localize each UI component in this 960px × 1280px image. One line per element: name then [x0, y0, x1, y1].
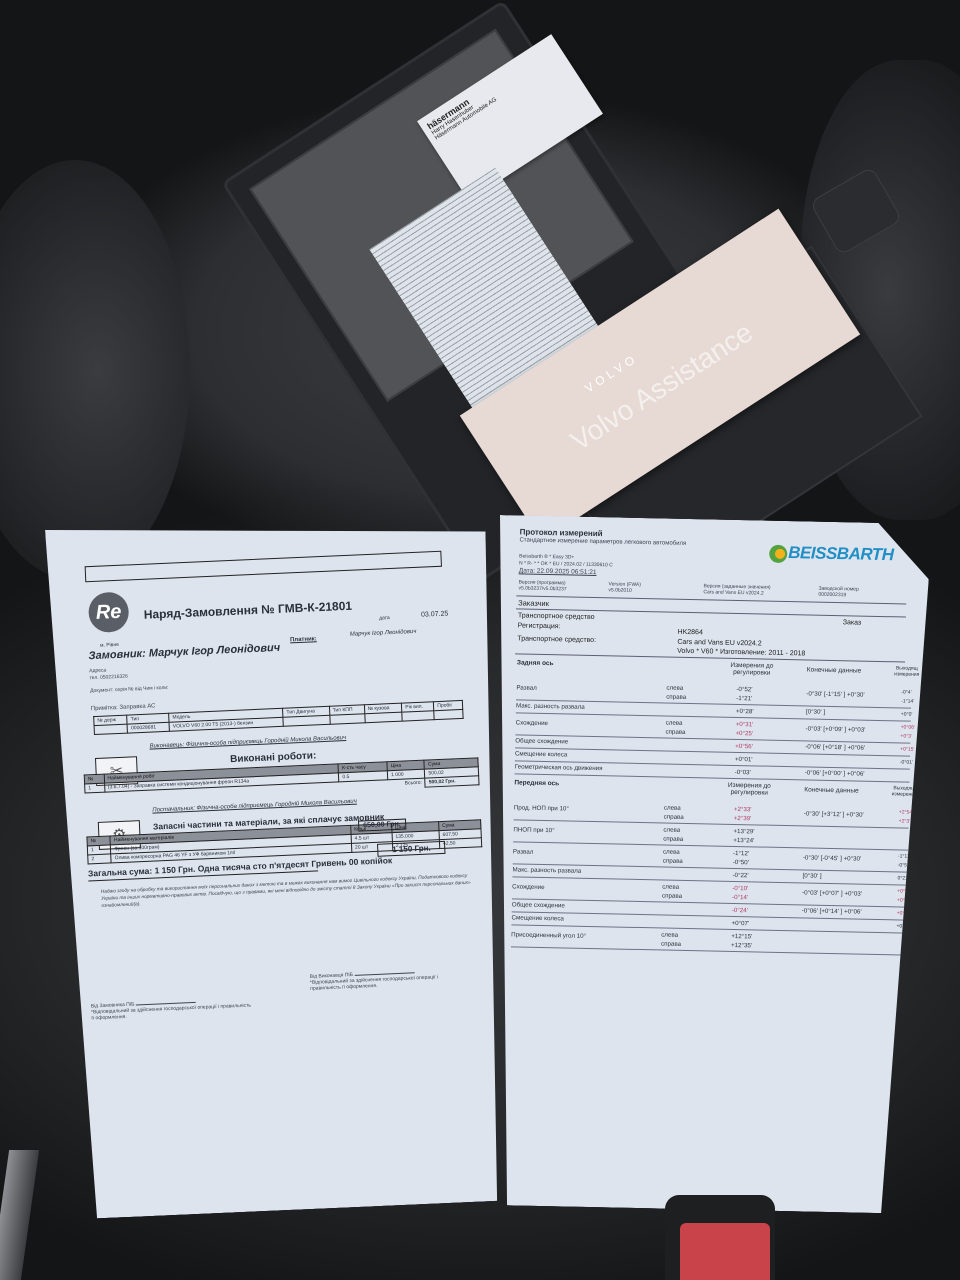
work-order-date: 03.07.25 [421, 610, 449, 618]
measurement-out: +0°06' +0°3' [900, 723, 915, 741]
measurement-final: -0°06' [+0°00' ] +0°06' [805, 769, 865, 777]
address-label: Адреса [89, 667, 106, 674]
works-table: №Найменування робітК-сть часуЦінаСума 1(… [84, 757, 480, 802]
performer-signature: Від Виконавця ПІБ *Відповідальний за зді… [310, 968, 441, 992]
measurement-name: Смещение колеса [515, 750, 567, 758]
works-title: Виконані роботи: [230, 750, 317, 765]
measurement-final: [0°30' ] [802, 872, 821, 879]
measurement-final: -0°30' [-0°45' ] +0°30' [803, 854, 861, 862]
report-subtitle: Стандартное измерение параметров легково… [519, 537, 719, 547]
vehicle-label: Транспортное средство [518, 612, 595, 621]
measurement-out: +0°0' [901, 710, 913, 719]
supplier: Постачальник: Фізична-особа підприємець … [152, 799, 357, 814]
measurement-name: Общее схождение [515, 737, 568, 745]
measurement-name: Смещение колеса [511, 914, 563, 922]
payer-label: Платник: [290, 636, 317, 643]
measurement-name: Развал [513, 848, 534, 855]
measurement-name: Развал [516, 684, 537, 691]
vehicle-label-2: Транспортное средство: [517, 635, 596, 644]
registration-label: Регистрация: [518, 622, 561, 630]
alignment-report-document: Протокол измерений Стандартное измерение… [486, 515, 930, 1214]
performer: Виконавець: Фізична-особа підприємець Го… [149, 735, 346, 750]
date-label: дата [379, 615, 390, 621]
seatbelt-buckle [665, 1195, 775, 1280]
measurement-before: +0°28' [736, 707, 754, 716]
measurement-out: -0°01' [900, 758, 913, 767]
registration-value: HK2864 [678, 629, 703, 637]
measurement-before: +0°31' +0°25' [735, 720, 753, 738]
vehicle-table-cell [329, 714, 364, 725]
measurement-before: -0°24' [732, 906, 748, 915]
measurement-final: -0°06' [+0°14' ] +0°06' [802, 907, 862, 915]
parts-total: 650,00 Грн. [358, 819, 406, 832]
customer-signature: Від Замовника ПІБ *Відповідальний за зді… [91, 996, 252, 1021]
measurement-name: Присоединенный угол 10° [511, 931, 586, 940]
column-out: Выходящ измерения [892, 665, 922, 678]
measurement-side: слева справа [663, 847, 683, 865]
beissbarth-wordmark: BEISSBARTH [788, 543, 894, 564]
order-label: Заказ [843, 619, 862, 626]
meta-item: Версия (программа)v5.0b3237/v5.0b3237 [518, 579, 566, 592]
meta-value: Cars and Vans EU v2024.2 [703, 589, 770, 596]
phone: тел. 0502216326 [89, 674, 128, 682]
column-final: Конечные данные [804, 786, 858, 794]
measurement-before: -1°12' -0°50' [733, 849, 749, 867]
axle-label: Передняя ось [514, 779, 559, 787]
report-title: Протокол измерений [520, 527, 603, 538]
meta-value: v5.0b3237/v5.0b3237 [518, 585, 566, 592]
measurement-side: слева справа [662, 882, 682, 900]
measurement-final: -0°30' [-1°15' ] +0°30' [806, 690, 864, 698]
header-box [85, 551, 442, 583]
measurement-before: -0°03' [735, 768, 751, 777]
vehicle-table-cell [402, 711, 434, 721]
beissbarth-emblem-icon [769, 544, 787, 562]
measurement-side: слева справа [665, 719, 685, 737]
measurement-name: Макс. разность развала [512, 866, 581, 874]
vehicle-model: Volvo * V60 * Изготовление: 2011 - 2018 [677, 648, 805, 658]
vehicle-table-cell: 000028681 [127, 722, 169, 733]
measurement-final: -0°03' [+0°07' ] +0°03' [802, 889, 862, 897]
vehicle-table-cell [94, 724, 128, 734]
vehicle-table-cell [434, 709, 463, 719]
measurement-name: Схождение [512, 883, 545, 891]
measurement-side: слева справа [666, 684, 686, 702]
meta-item: Заводской номер0002002319 [818, 586, 858, 599]
measurement-before: -0°52' -1°21' [736, 685, 752, 703]
meta-value: v5.0b2010 [608, 587, 640, 594]
measurement-before: +0°07' [731, 919, 749, 928]
work-order-document: Re Наряд-Замовлення № ГМВ-К-21801 дата 0… [45, 511, 515, 1220]
city: м. Рівне [100, 642, 119, 649]
measurement-side: слева справа [664, 803, 684, 821]
measurement-before: +0°56' [735, 742, 753, 751]
measurement-before: +13°29' +13°24' [733, 827, 754, 845]
axle-label: Задняя ось [517, 659, 554, 667]
measurement-out: +0°15' [900, 745, 914, 754]
column-final: Конечные данные [807, 666, 861, 674]
work-order-title: Наряд-Замовлення № ГМВ-К-21801 [143, 599, 352, 622]
beissbarth-logo: BEISSBARTH [769, 543, 894, 566]
buckle-release-button [680, 1223, 770, 1280]
measurement-name: Геометрическая ось движения [515, 763, 603, 772]
meta-value: 0002002319 [818, 592, 858, 599]
measurement-out: -0°4' -1°14' [901, 688, 914, 706]
report-date: Дата: 22.09.2025 06:51:21 [519, 567, 597, 576]
measurement-before: +12°15' +12°35' [731, 932, 752, 950]
vehicle-table-cell [283, 715, 330, 726]
parts-table-cell: 2 [88, 854, 112, 864]
payer-name: Марчук Ігор Леонідович [350, 629, 417, 638]
customer-label: Заказчик [518, 598, 549, 608]
vehicle-table-cell [364, 712, 402, 723]
measurement-before: +0°01' [735, 755, 753, 764]
database: Cars and Vans EU v2024.2 [677, 639, 761, 648]
measurement-before: -0°10' -0°14' [732, 884, 748, 902]
measurement-name: ПНОП при 10° [513, 826, 554, 834]
column-before: Измерения до регулировки [717, 662, 787, 677]
measurement-name: Схождение [516, 719, 549, 727]
measurement-final: -0°06' [+0°18' ] +0°06' [805, 743, 865, 751]
measurement-final: [0°30' ] [806, 708, 825, 715]
measurement-side: слева справа [661, 930, 681, 948]
measurement-before: +2°33' +2°39' [734, 805, 752, 823]
consent-text: Надаю згоду на обробку та використання м… [101, 873, 482, 910]
document-label: Документ: серія № від Чим і коли: [90, 685, 169, 694]
note: Примітка: Заправка АС [91, 703, 156, 712]
measurement-final: -0°30' [+3°12' ] +0°30' [804, 810, 864, 818]
meta-item: Версия (заданные значения)Cars and Vans … [703, 583, 770, 596]
measurement-name: Общее схождение [512, 901, 565, 909]
column-before: Измерения до регулировки [714, 782, 784, 797]
meta-item: Version (FWA)v5.0b2010 [608, 581, 641, 594]
measurement-name: Прод. НОП при 10° [514, 804, 569, 812]
measurement-final: -0°03' [+0°09' ] +0°03' [806, 725, 866, 733]
re-logo: Re [88, 591, 130, 633]
measurement-before: -0°22' [732, 871, 748, 880]
measurement-side: слева справа [663, 825, 683, 843]
works-total-label: Всього: [388, 778, 426, 789]
measurement-name: Макс. разность развала [516, 702, 585, 710]
works-total: 500,02 Грн. [425, 776, 479, 787]
device: Beissbarth ® * Easy 3D+ [519, 553, 574, 560]
